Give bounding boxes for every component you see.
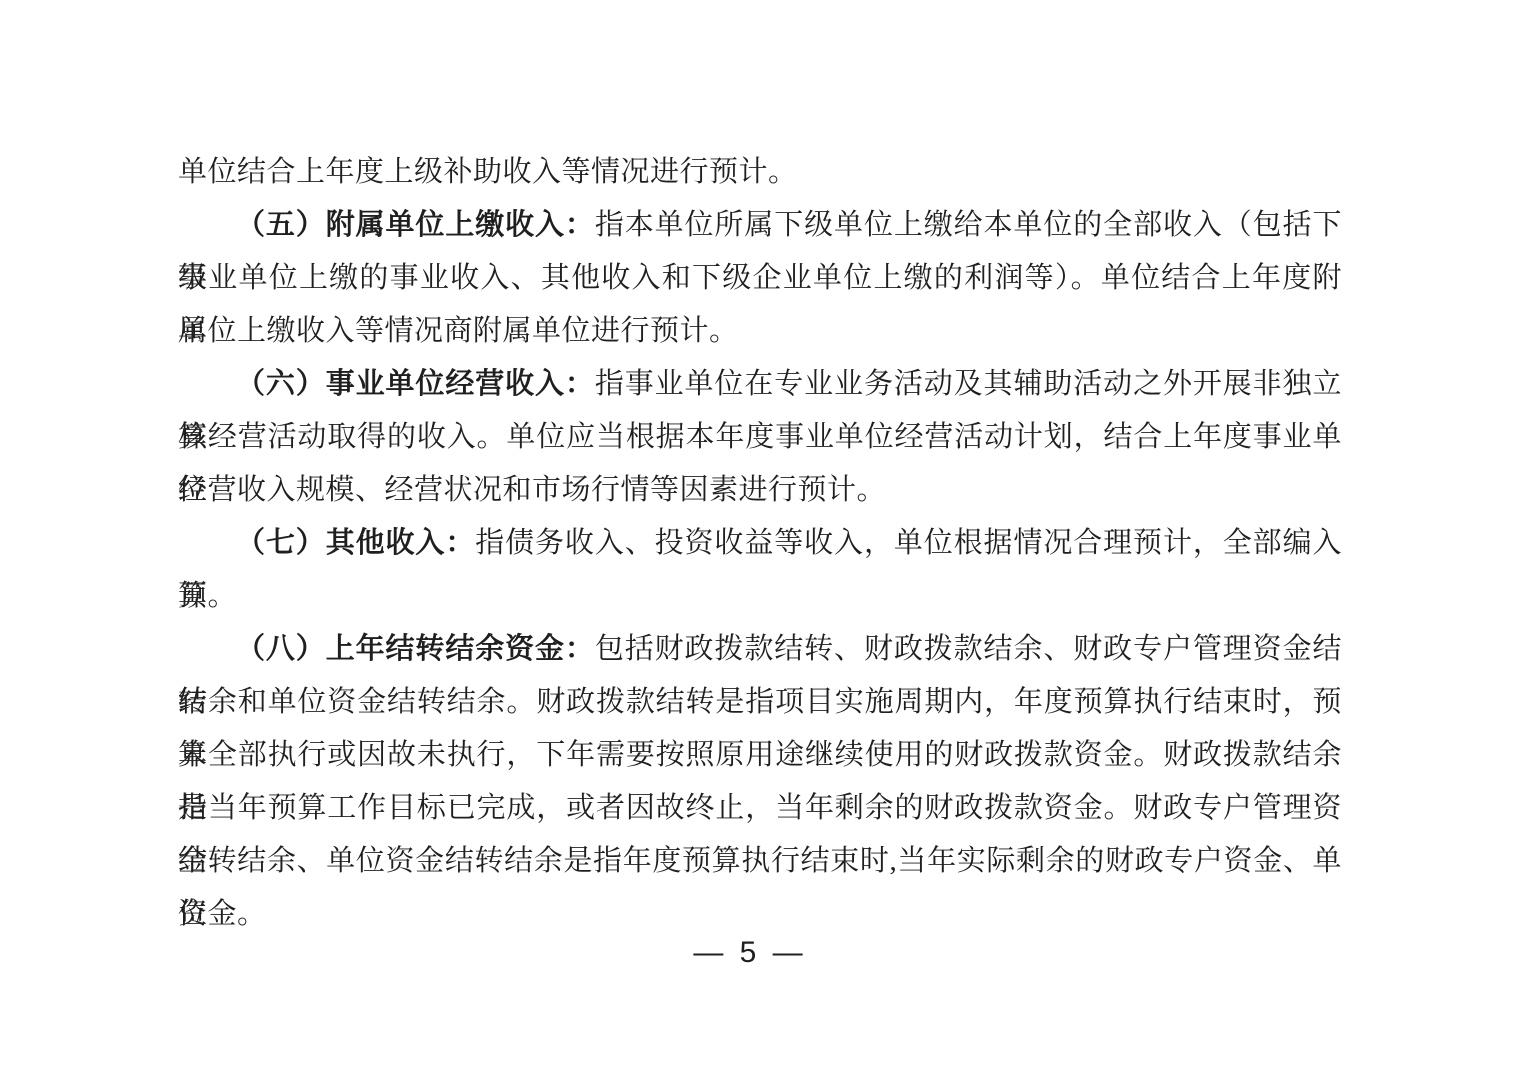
paragraph-line: 未全部执行或因故未执行，下年需要按照原用途继续使用的财政拨款资金。财政拨款结余是 <box>178 729 1342 782</box>
paragraph-line: 算经营活动取得的收入。单位应当根据本年度事业单位经营活动计划，结合上年度事业单位 <box>178 411 1342 464</box>
paragraph-line: 资金。 <box>178 888 1342 941</box>
section-heading: （七）其他收入： <box>236 527 475 559</box>
line-text: 单位上缴收入等情况商附属单位进行预计。 <box>178 315 739 347</box>
paragraph-line: 结余和单位资金结转结余。财政拨款结转是指项目实施周期内，年度预算执行结束时，预算 <box>178 676 1342 729</box>
paragraph-line: 单位上缴收入等情况商附属单位进行预计。 <box>178 305 1342 358</box>
document-page: 单位结合上年度上级补助收入等情况进行预计。（五）附属单位上缴收入：指本单位所属下… <box>0 0 1520 1074</box>
line-text: 单位结合上年度上级补助收入等情况进行预计。 <box>178 156 798 188</box>
paragraph-line: 结转结余、单位资金结转结余是指年度预算执行结束时,当年实际剩余的财政专户资金、单… <box>178 835 1342 888</box>
section-heading: （八）上年结转结余资金： <box>236 633 595 665</box>
line-text: 资金。 <box>178 898 267 930</box>
section-start-line: （五）附属单位上缴收入：指本单位所属下级单位上缴给本单位的全部收入（包括下级 <box>178 199 1342 252</box>
section-start-line: （六）事业单位经营收入：指事业单位在专业业务活动及其辅助活动之外开展非独立核 <box>178 358 1342 411</box>
section-start-line: （七）其他收入：指债务收入、投资收益等收入，单位根据情况合理预计，全部编入预 <box>178 517 1342 570</box>
line-text: 算。 <box>178 580 237 612</box>
section-start-line: （八）上年结转结余资金：包括财政拨款结转、财政拨款结余、财政专户管理资金结转 <box>178 623 1342 676</box>
page-footer: — 5 — <box>0 936 1500 970</box>
document-body: 单位结合上年度上级补助收入等情况进行预计。（五）附属单位上缴收入：指本单位所属下… <box>178 146 1342 941</box>
line-text: 经营收入规模、经营状况和市场行情等因素进行预计。 <box>178 474 886 506</box>
paragraph-line: 事业单位上缴的事业收入、其他收入和下级企业单位上缴的利润等）。单位结合上年度附属 <box>178 252 1342 305</box>
section-heading: （五）附属单位上缴收入： <box>236 209 595 241</box>
paragraph-line: 指当年预算工作目标已完成，或者因故终止，当年剩余的财政拨款资金。财政专户管理资金 <box>178 782 1342 835</box>
paragraph-line: 单位结合上年度上级补助收入等情况进行预计。 <box>178 146 1342 199</box>
paragraph-line: 经营收入规模、经营状况和市场行情等因素进行预计。 <box>178 464 1342 517</box>
section-heading: （六）事业单位经营收入： <box>236 368 595 400</box>
page-number: — 5 — <box>693 936 806 969</box>
paragraph-line: 算。 <box>178 570 1342 623</box>
